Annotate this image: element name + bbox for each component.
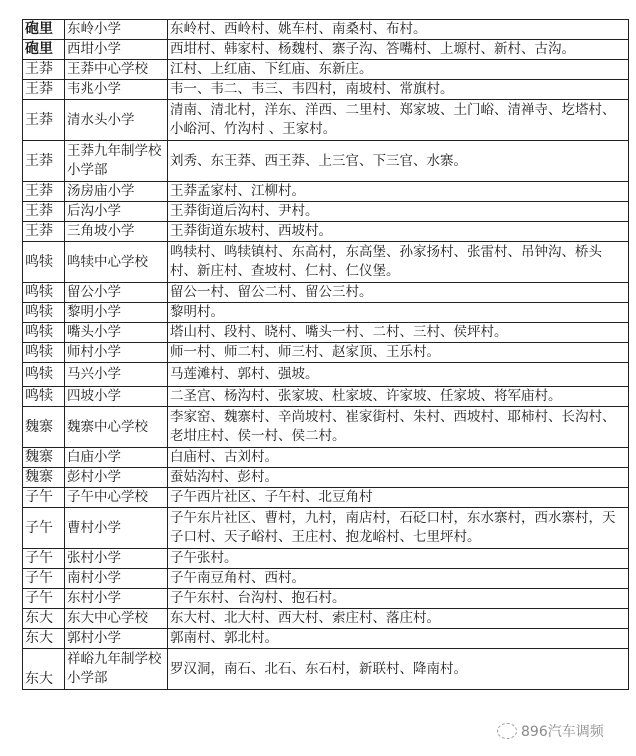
villages-cell: 郭南村、郭北村。: [168, 629, 629, 649]
school-district-table: 砲里 东岭小学 东岭村、西岭村、姚车村、南桑村、布村。 砲里 西坩小学 西坩村、…: [22, 19, 629, 690]
villages-cell: 王莽孟家村、江柳村。: [168, 182, 629, 202]
villages-cell: 白庙村、古刘村。: [168, 448, 629, 468]
school-cell: 王莽九年制学校小学部: [65, 141, 168, 182]
table-row: 魏寨 彭村小学 蚕姑沟村、彭村。: [23, 468, 629, 488]
villages-cell: 子午张村。: [168, 549, 629, 569]
school-cell: 嘴头小学: [65, 323, 168, 343]
table-row: 子午 南村小学 子午南豆角村、西村。: [23, 569, 629, 589]
villages-cell: 子午东片社区、曹村，九村，南店村，石砭口村，东水寨村，西水寨村，天子口村、天子峪…: [168, 508, 629, 549]
villages-cell: 塔山村、段村、晓村、嘴头一村、二村、三村、侯坪村。: [168, 323, 629, 343]
villages-cell: 罗汉洞，南石、北石、东石村，新联村、降南村。: [168, 649, 629, 690]
table-row: 鸣犊 留公小学 留公一村、留公二村、留公三村。: [23, 283, 629, 303]
town-cell: 王莽: [23, 60, 65, 80]
town-cell: 鸣犊: [23, 323, 65, 343]
table-row: 东大 郭村小学 郭南村、郭北村。: [23, 629, 629, 649]
table-row: 子午 子午中心学校 子午西片社区、子午村、北豆角村: [23, 488, 629, 508]
town-cell: 王莽: [23, 80, 65, 100]
table-row: 魏寨 魏寨中心学校 李家窑、魏寨村、辛尚坡村、崔家街村、朱村、西坡村、耶柿村、长…: [23, 407, 629, 448]
town-cell: 魏寨: [23, 407, 65, 448]
table-row: 鸣犊 师村小学 师一村、师二村、师三村、赵家顶、王乐村。: [23, 343, 629, 363]
villages-cell: 子午东村、台沟村、抱石村。: [168, 589, 629, 609]
table-row: 王莽 清水头小学 清南、清北村，洋东、洋西、二里村、郑家坡、土门峪、清禅寺、圪塔…: [23, 100, 629, 141]
school-cell: 鸣犊中心学校: [65, 242, 168, 283]
school-cell: 留公小学: [65, 283, 168, 303]
school-cell: 东大中心学校: [65, 609, 168, 629]
school-cell: 祥峪九年制学校小学部: [65, 649, 168, 690]
school-cell: 东岭小学: [65, 20, 168, 40]
school-cell: 西坩小学: [65, 40, 168, 60]
town-cell: 鸣犊: [23, 343, 65, 363]
villages-cell: 留公一村、留公二村、留公三村。: [168, 283, 629, 303]
villages-cell: 东大村、北大村、西大村、索庄村、落庄村。: [168, 609, 629, 629]
school-cell: 师村小学: [65, 343, 168, 363]
villages-cell: 蚕姑沟村、彭村。: [168, 468, 629, 488]
table-row: 王莽 汤房庙小学 王莽孟家村、江柳村。: [23, 182, 629, 202]
table-row: 鸣犊 黎明小学 黎明村。: [23, 303, 629, 323]
town-cell: 王莽: [23, 141, 65, 182]
school-cell: 白庙小学: [65, 448, 168, 468]
watermark-text: 896汽车调频: [521, 721, 604, 741]
school-cell: 后沟小学: [65, 202, 168, 222]
table-row: 鸣犊 鸣犊中心学校 鸣犊村、鸣犊镇村、东高村，东高堡、孙家扬村、张雷村、吊钟沟、…: [23, 242, 629, 283]
town-cell: 鸣犊: [23, 283, 65, 303]
villages-cell: 二圣宫、杨沟村、张家坡、杜家坡、许家坡、任家坡、将军庙村。: [168, 387, 629, 407]
table-row: 王莽 王莽九年制学校小学部 刘秀、东王莽、西王莽、上三官、下三官、水寨。: [23, 141, 629, 182]
table-row: 王莽 王莽中心学校 江村、上红庙、下红庙、东新庄。: [23, 60, 629, 80]
school-cell: 南村小学: [65, 569, 168, 589]
school-cell: 王莽中心学校: [65, 60, 168, 80]
wechat-icon: [497, 723, 517, 739]
table-row: 王莽 三角坡小学 王莽街道东坡村、西坡村。: [23, 222, 629, 242]
school-cell: 魏寨中心学校: [65, 407, 168, 448]
villages-cell: 东岭村、西岭村、姚车村、南桑村、布村。: [168, 20, 629, 40]
town-cell: 东大: [23, 609, 65, 629]
table-row: 子午 东村小学 子午东村、台沟村、抱石村。: [23, 589, 629, 609]
table-row: 鸣犊 马兴小学 马莲滩村、郭村、强坡。: [23, 363, 629, 387]
town-cell: 子午: [23, 508, 65, 549]
town-cell: 王莽: [23, 222, 65, 242]
town-cell: 王莽: [23, 100, 65, 141]
villages-cell: 西坩村、韩家村、杨魏村、寨子沟、答嘴村、上塬村、新村、古沟。: [168, 40, 629, 60]
town-cell: 东大: [23, 649, 65, 690]
table-row: 砲里 东岭小学 东岭村、西岭村、姚车村、南桑村、布村。: [23, 20, 629, 40]
town-cell: 子午: [23, 589, 65, 609]
table-row: 王莽 后沟小学 王莽街道后沟村、尹村。: [23, 202, 629, 222]
watermark: 896汽车调频: [497, 721, 604, 741]
table-row: 砲里 西坩小学 西坩村、韩家村、杨魏村、寨子沟、答嘴村、上塬村、新村、古沟。: [23, 40, 629, 60]
school-cell: 郭村小学: [65, 629, 168, 649]
town-cell: 子午: [23, 488, 65, 508]
school-cell: 黎明小学: [65, 303, 168, 323]
table-row: 鸣犊 嘴头小学 塔山村、段村、晓村、嘴头一村、二村、三村、侯坪村。: [23, 323, 629, 343]
town-cell: 王莽: [23, 202, 65, 222]
villages-cell: 王莽街道后沟村、尹村。: [168, 202, 629, 222]
town-cell: 鸣犊: [23, 363, 65, 387]
town-cell: 魏寨: [23, 448, 65, 468]
villages-cell: 王莽街道东坡村、西坡村。: [168, 222, 629, 242]
table-row: 东大 祥峪九年制学校小学部 罗汉洞，南石、北石、东石村，新联村、降南村。: [23, 649, 629, 690]
school-cell: 子午中心学校: [65, 488, 168, 508]
table-row: 子午 张村小学 子午张村。: [23, 549, 629, 569]
school-cell: 清水头小学: [65, 100, 168, 141]
villages-cell: 鸣犊村、鸣犊镇村、东高村，东高堡、孙家扬村、张雷村、吊钟沟、桥头村、新庄村、查坡…: [168, 242, 629, 283]
table-row: 东大 东大中心学校 东大村、北大村、西大村、索庄村、落庄村。: [23, 609, 629, 629]
school-cell: 四坡小学: [65, 387, 168, 407]
town-cell: 东大: [23, 629, 65, 649]
villages-cell: 韦一、韦二、韦三、韦四村，南坡村、常旗村。: [168, 80, 629, 100]
table-row: 鸣犊 四坡小学 二圣宫、杨沟村、张家坡、杜家坡、许家坡、任家坡、将军庙村。: [23, 387, 629, 407]
table-row: 魏寨 白庙小学 白庙村、古刘村。: [23, 448, 629, 468]
school-cell: 曹村小学: [65, 508, 168, 549]
villages-cell: 清南、清北村，洋东、洋西、二里村、郑家坡、土门峪、清禅寺、圪塔村、小峪河、竹沟村…: [168, 100, 629, 141]
villages-cell: 马莲滩村、郭村、强坡。: [168, 363, 629, 387]
school-cell: 马兴小学: [65, 363, 168, 387]
villages-cell: 李家窑、魏寨村、辛尚坡村、崔家街村、朱村、西坡村、耶柿村、长沟村、老坩庄村、侯一…: [168, 407, 629, 448]
villages-cell: 子午南豆角村、西村。: [168, 569, 629, 589]
school-cell: 三角坡小学: [65, 222, 168, 242]
school-cell: 彭村小学: [65, 468, 168, 488]
school-cell: 张村小学: [65, 549, 168, 569]
town-cell: 砲里: [23, 40, 65, 60]
town-cell: 鸣犊: [23, 242, 65, 283]
villages-cell: 子午西片社区、子午村、北豆角村: [168, 488, 629, 508]
town-cell: 魏寨: [23, 468, 65, 488]
town-cell: 砲里: [23, 20, 65, 40]
table-row: 王莽 韦兆小学 韦一、韦二、韦三、韦四村，南坡村、常旗村。: [23, 80, 629, 100]
villages-cell: 黎明村。: [168, 303, 629, 323]
town-cell: 王莽: [23, 182, 65, 202]
table-row: 子午 曹村小学 子午东片社区、曹村，九村，南店村，石砭口村，东水寨村，西水寨村，…: [23, 508, 629, 549]
town-cell: 鸣犊: [23, 387, 65, 407]
school-cell: 韦兆小学: [65, 80, 168, 100]
villages-cell: 师一村、师二村、师三村、赵家顶、王乐村。: [168, 343, 629, 363]
villages-cell: 江村、上红庙、下红庙、东新庄。: [168, 60, 629, 80]
villages-cell: 刘秀、东王莽、西王莽、上三官、下三官、水寨。: [168, 141, 629, 182]
school-cell: 东村小学: [65, 589, 168, 609]
town-cell: 子午: [23, 569, 65, 589]
town-cell: 子午: [23, 549, 65, 569]
school-cell: 汤房庙小学: [65, 182, 168, 202]
town-cell: 鸣犊: [23, 303, 65, 323]
